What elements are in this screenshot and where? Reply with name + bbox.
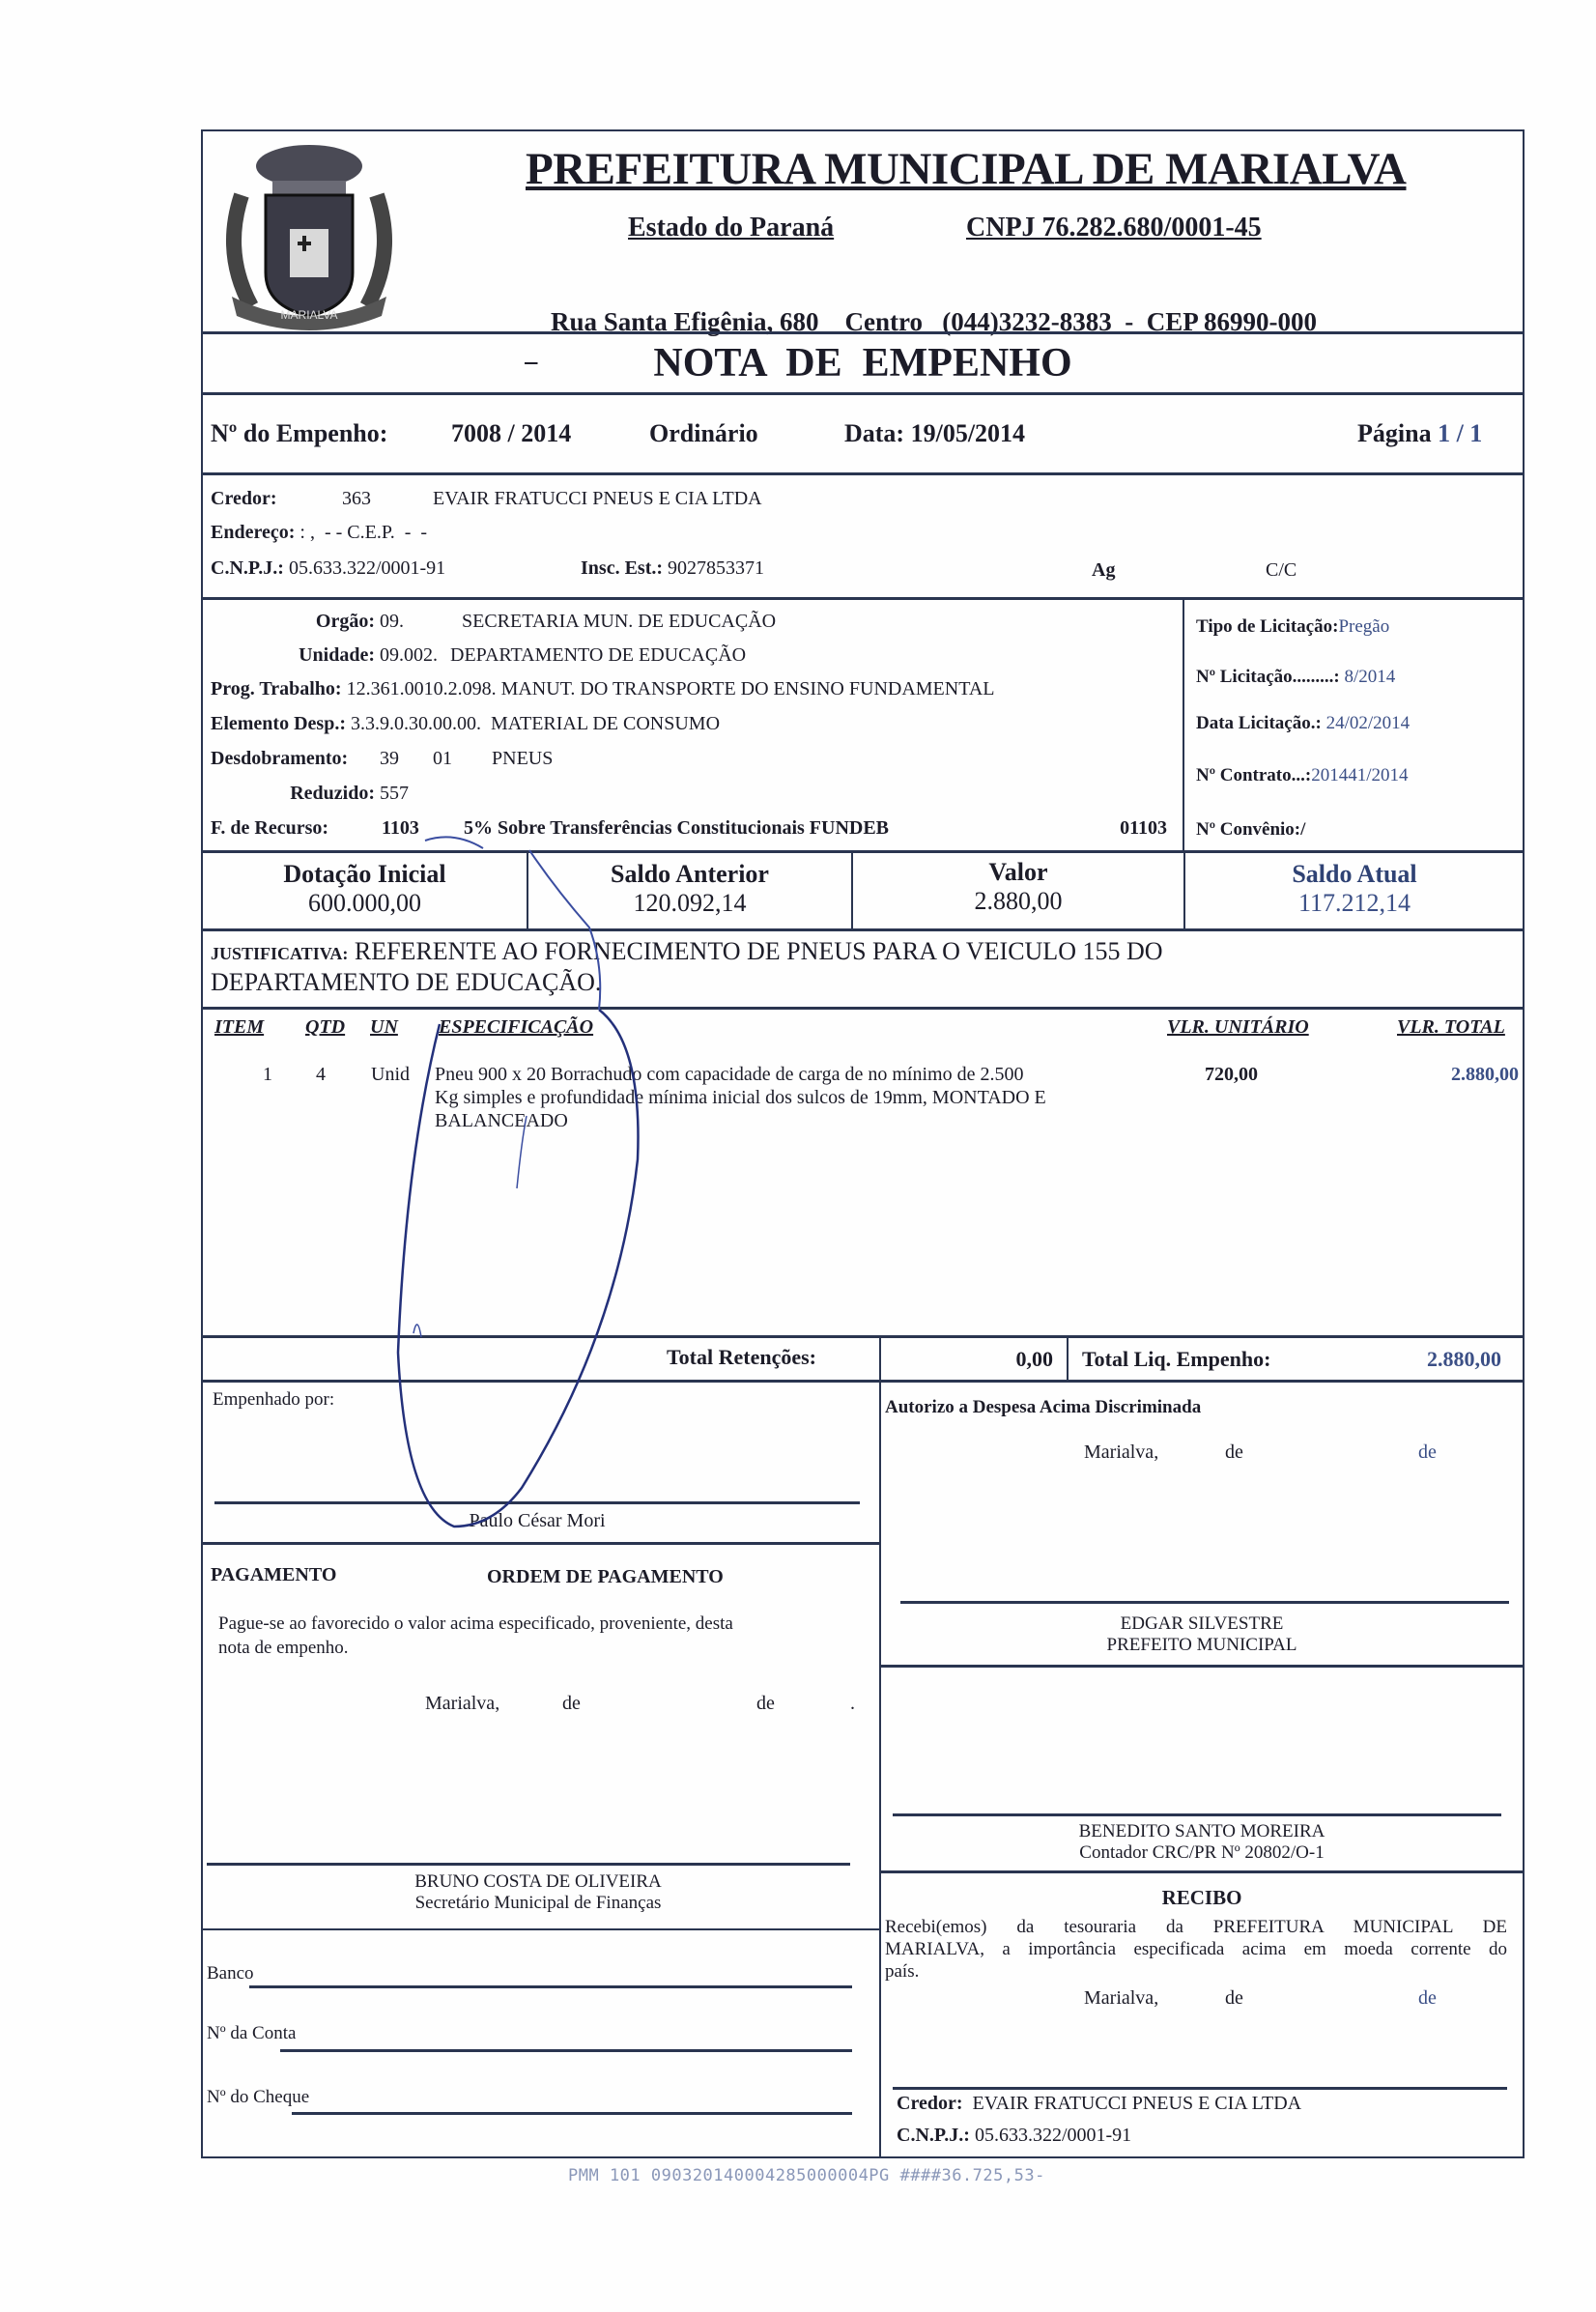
divider [201, 331, 1525, 334]
endereco-value: : , - - C.E.P. - - [299, 522, 427, 543]
recibo-date-line: Marialva, de de [1084, 1987, 1158, 2010]
recibo-cnpj-label: C.N.P.J.: [897, 2125, 970, 2146]
recibo-credor-label: Credor: [897, 2093, 963, 2114]
city: Marialva, [1084, 1441, 1158, 1463]
justificativa-line1: REFERENTE AO FORNECIMENTO DE PNEUS PARA … [355, 937, 1163, 965]
divider [879, 1382, 881, 2158]
endereco-label: Endereço: [211, 522, 295, 543]
recibo-text-line: MARIALVA, a importância especificada aci… [885, 1938, 1507, 1960]
total-liq-value: 2.880,00 [1333, 1347, 1501, 1372]
empenho-date: Data: 19/05/2014 [844, 419, 1025, 448]
recibo-cnpj-value: 05.633.322/0001-91 [975, 2125, 1131, 2146]
reduzido-code: 557 [380, 783, 409, 804]
saldo-atual: Saldo Atual 117.212,14 [1185, 860, 1524, 918]
spec-line: Kg simples e profundidade mínima inicial… [435, 1086, 1169, 1109]
saldo-anterior: Saldo Anterior 120.092,14 [528, 860, 851, 918]
saldo-value: 117.212,14 [1185, 889, 1524, 918]
de: de [1418, 1987, 1437, 2010]
credor-name: EVAIR FRATUCCI PNEUS E CIA LTDA [433, 488, 762, 510]
divider [201, 1380, 1525, 1383]
cheque-field[interactable] [292, 2112, 852, 2115]
prefeito-signature: EDGAR SILVESTRE PREFEITO MUNICIPAL [881, 1613, 1523, 1656]
secretario-role: Secretário Municipal de Finanças [205, 1893, 871, 1914]
divider [201, 597, 1525, 600]
licitacao-contrato: Nº Contrato...:201441/2014 [1196, 765, 1408, 786]
prog-code: 12.361.0010.2.098. [347, 678, 497, 699]
justificativa-line2: DEPARTAMENTO DE EDUCAÇÃO. [211, 968, 601, 996]
divider [1183, 599, 1184, 852]
saldo-label: Saldo Anterior [528, 860, 851, 889]
signature-line [893, 1813, 1501, 1816]
de: de [1225, 1987, 1243, 2010]
saldo-label: Dotação Inicial [203, 860, 527, 889]
row-unit-value: 720,00 [1205, 1063, 1258, 1086]
num-value: 8/2014 [1345, 667, 1396, 687]
insc-row: Insc. Est.: 9027853371 [581, 557, 764, 580]
city: Marialva, [425, 1693, 499, 1714]
insc-label: Insc. Est.: [581, 557, 663, 579]
date-label: Data: [844, 419, 904, 447]
pagamento-date-line: Marialva, de de . [425, 1693, 499, 1715]
elemento-row: Elemento Desp.: 3.3.9.0.30.00.00. MATERI… [211, 713, 720, 735]
recibo-text-line: Recebi(emos) da tesouraria da PREFEITURA… [885, 1916, 1507, 1938]
desdobramento-label: Desdobramento: [211, 748, 375, 770]
municipality-title: PREFEITURA MUNICIPAL DE MARIALVA [526, 143, 1407, 195]
col-vlr-total: VLR. TOTAL [1397, 1016, 1505, 1039]
recurso-code2: 01103 [1120, 817, 1167, 840]
col-item: ITEM [214, 1016, 264, 1039]
unidade-code: 09.002. [380, 644, 445, 667]
page-indicator: Página 1 / 1 [1357, 419, 1482, 448]
justificativa-label: JUSTIFICATIVA: [211, 944, 348, 963]
elemento-desc: MATERIAL DE CONSUMO [491, 713, 720, 734]
reduzido-row: Reduzido: 557 [211, 783, 409, 805]
document-title: NOTA DE EMPENHO [201, 340, 1525, 386]
spec-line: BALANCEADO [435, 1109, 1169, 1132]
justificativa: JUSTIFICATIVA: REFERENTE AO FORNECIMENTO… [211, 937, 1505, 997]
row-spec: Pneu 900 x 20 Borrachudo com capacidade … [435, 1063, 1169, 1132]
bank-stamp: PMM 101 090320140004285000004PG ####36.7… [568, 2166, 1045, 2185]
saldo-dotacao-inicial: Dotação Inicial 600.000,00 [203, 860, 527, 918]
saldo-value: 120.092,14 [528, 889, 851, 918]
recibo-text: Recebi(emos) da tesouraria da PREFEITURA… [885, 1916, 1507, 1983]
ag-label: Ag [1092, 559, 1115, 582]
divider [201, 928, 1525, 931]
data-licitacao-value: 24/02/2014 [1326, 713, 1411, 733]
licitacao-tipo: Tipo de Licitação:Pregão [1196, 616, 1389, 638]
signature-line [893, 2087, 1507, 2090]
empenhado-label: Empenhado por: [213, 1389, 334, 1411]
prog-row: Prog. Trabalho: 12.361.0010.2.098. MANUT… [211, 678, 995, 700]
data-licitacao-label: Data Licitação.: [1196, 713, 1322, 733]
ordem-pagamento-title: ORDEM DE PAGAMENTO [487, 1566, 724, 1588]
coat-of-arms-icon: MARIALVA [213, 137, 406, 340]
licitacao-num: Nº Licitação.........: 8/2014 [1196, 667, 1395, 688]
total-liq-label: Total Liq. Empenho: [1082, 1347, 1270, 1372]
prefeito-name: EDGAR SILVESTRE [881, 1613, 1523, 1635]
saldo-label: Saldo Atual [1185, 860, 1524, 889]
elemento-label: Elemento Desp.: [211, 713, 346, 734]
banco-field[interactable] [249, 1985, 852, 1988]
contrato-label: Nº Contrato...: [1196, 765, 1311, 785]
unidade-row: Unidade: 09.002. DEPARTAMENTO DE EDUCAÇÃ… [211, 644, 746, 667]
cnpj-row: C.N.P.J.: 05.633.322/0001-91 [211, 557, 445, 580]
signature-line [207, 1863, 850, 1866]
document-page: MARIALVA PREFEITURA MUNICIPAL DE MARIALV… [0, 0, 1596, 2312]
svg-text:MARIALVA: MARIALVA [281, 308, 338, 322]
licitacao-data: Data Licitação.: 24/02/2014 [1196, 713, 1410, 734]
conta-label: Nº da Conta [207, 2023, 296, 2044]
divider [201, 1542, 881, 1545]
de: de [1418, 1441, 1437, 1464]
state-label: Estado do Paraná [628, 213, 834, 243]
divider [201, 1007, 1525, 1010]
pagamento-text: Pague-se ao favorecido o valor acima esp… [218, 1612, 846, 1660]
pagamento-text-line: nota de empenho. [218, 1636, 846, 1660]
orgao-label: Orgão: [211, 611, 375, 633]
dot: . [850, 1693, 855, 1715]
empenho-number: 7008 / 2014 [451, 419, 571, 448]
page-label: Página [1357, 419, 1432, 447]
divider [1067, 1337, 1069, 1381]
prog-label: Prog. Trabalho: [211, 678, 342, 699]
recibo-text-line: país. [885, 1960, 1507, 1983]
signature-line [214, 1501, 860, 1504]
unidade-label: Unidade: [211, 644, 375, 667]
credor-cnpj: 05.633.322/0001-91 [289, 557, 445, 579]
orgao-code: 09. [380, 611, 457, 633]
contador-role: Contador CRC/PR Nº 20802/O-1 [881, 1842, 1523, 1864]
row-total-value: 2.880,00 [1451, 1063, 1519, 1086]
conta-field[interactable] [280, 2049, 852, 2052]
credor-code: 363 [342, 488, 371, 510]
banco-label: Banco [207, 1963, 254, 1984]
recibo-credor: Credor: EVAIR FRATUCCI PNEUS E CIA LTDA [897, 2093, 1301, 2115]
desdobramento-desc: PNEUS [492, 748, 553, 769]
convenio-label: Nº Convênio:/ [1196, 819, 1305, 841]
de: de [1225, 1441, 1243, 1464]
recibo-cnpj: C.N.P.J.: 05.633.322/0001-91 [897, 2125, 1131, 2147]
contador-name: BENEDITO SANTO MOREIRA [881, 1821, 1523, 1842]
insc-value: 9027853371 [668, 557, 764, 579]
date-value: 19/05/2014 [911, 419, 1025, 447]
col-un: UN [370, 1016, 398, 1039]
divider [201, 850, 1525, 853]
credor-cnpj-label: C.N.P.J.: [211, 557, 284, 579]
autorizo-date-line: Marialva, de de [1084, 1441, 1158, 1464]
tipo-label: Tipo de Licitação: [1196, 616, 1338, 637]
divider [201, 472, 1525, 475]
divider [201, 1928, 881, 1930]
empenho-type: Ordinário [649, 419, 758, 448]
recibo-credor-name: EVAIR FRATUCCI PNEUS E CIA LTDA [973, 2093, 1302, 2114]
credor-row: Credor: 363 EVAIR FRATUCCI PNEUS E CIA L… [211, 488, 277, 510]
secretario-signature: BRUNO COSTA DE OLIVEIRA Secretário Munic… [205, 1871, 871, 1914]
total-retencoes-value: 0,00 [881, 1347, 1053, 1372]
signature-line [900, 1601, 1509, 1604]
recurso-row: F. de Recurso: 1103 5% Sobre Transferênc… [211, 817, 1167, 840]
divider [879, 1870, 1525, 1873]
prefeito-role: PREFEITO MUNICIPAL [881, 1635, 1523, 1656]
divider [201, 1335, 1525, 1338]
orgao-desc: SECRETARIA MUN. DE EDUCAÇÃO [462, 611, 776, 632]
recibo-title: RECIBO [881, 1886, 1523, 1910]
spec-line: Pneu 900 x 20 Borrachudo com capacidade … [435, 1063, 1169, 1086]
de: de [756, 1693, 775, 1715]
saldo-value: 2.880,00 [853, 887, 1183, 916]
tipo-value: Pregão [1338, 616, 1389, 637]
pagamento-label: PAGAMENTO [211, 1564, 336, 1586]
cheque-label: Nº do Cheque [207, 2087, 309, 2108]
desdobramento-code1: 39 [380, 748, 428, 770]
autorizo-title: Autorizo a Despesa Acima Discriminada [885, 1397, 1201, 1418]
page-number: 1 / 1 [1438, 419, 1482, 447]
empenhado-signer: Paulo César Mori [214, 1510, 860, 1532]
saldo-value: 600.000,00 [203, 889, 527, 918]
row-item: 1 [263, 1063, 272, 1086]
pagamento-text-line: Pague-se ao favorecido o valor acima esp… [218, 1612, 846, 1636]
empenho-label: Nº do Empenho: [211, 419, 387, 448]
divider [201, 392, 1525, 395]
col-vlr-unitario: VLR. UNITÁRIO [1167, 1016, 1309, 1039]
endereco-row: Endereço: : , - - C.E.P. - - [211, 522, 427, 544]
recurso-label: F. de Recurso: [211, 817, 377, 840]
unidade-desc: DEPARTAMENTO DE EDUCAÇÃO [450, 644, 746, 666]
contador-signature: BENEDITO SANTO MOREIRA Contador CRC/PR N… [881, 1821, 1523, 1864]
municipality-cnpj: CNPJ 76.282.680/0001-45 [966, 213, 1262, 243]
saldo-valor: Valor 2.880,00 [853, 858, 1183, 916]
recurso-code: 1103 [382, 817, 459, 840]
city: Marialva, [1084, 1987, 1158, 2009]
prog-desc: MANUT. DO TRANSPORTE DO ENSINO FUNDAMENT… [501, 678, 995, 699]
saldo-label: Valor [853, 858, 1183, 887]
orgao-row: Orgão: 09. SECRETARIA MUN. DE EDUCAÇÃO [211, 611, 776, 633]
desdobramento-row: Desdobramento: 39 01 PNEUS [211, 748, 553, 770]
elemento-code: 3.3.9.0.30.00.00. [351, 713, 481, 734]
credor-label: Credor: [211, 488, 277, 509]
col-especificacao: ESPECIFICAÇÃO [439, 1016, 593, 1039]
recurso-desc: 5% Sobre Transferências Constitucionais … [464, 817, 889, 839]
cc-label: C/C [1266, 559, 1297, 582]
de: de [562, 1693, 581, 1715]
row-un: Unid [371, 1063, 410, 1086]
col-qtd: QTD [305, 1016, 345, 1039]
divider [879, 1665, 1525, 1668]
total-retencoes-label: Total Retenções: [667, 1345, 816, 1370]
reduzido-label: Reduzido: [211, 783, 375, 805]
contrato-value: 201441/2014 [1311, 765, 1408, 785]
num-label: Nº Licitação.........: [1196, 667, 1340, 687]
desdobramento-code2: 01 [433, 748, 487, 770]
row-qtd: 4 [316, 1063, 326, 1086]
secretario-name: BRUNO COSTA DE OLIVEIRA [205, 1871, 871, 1893]
